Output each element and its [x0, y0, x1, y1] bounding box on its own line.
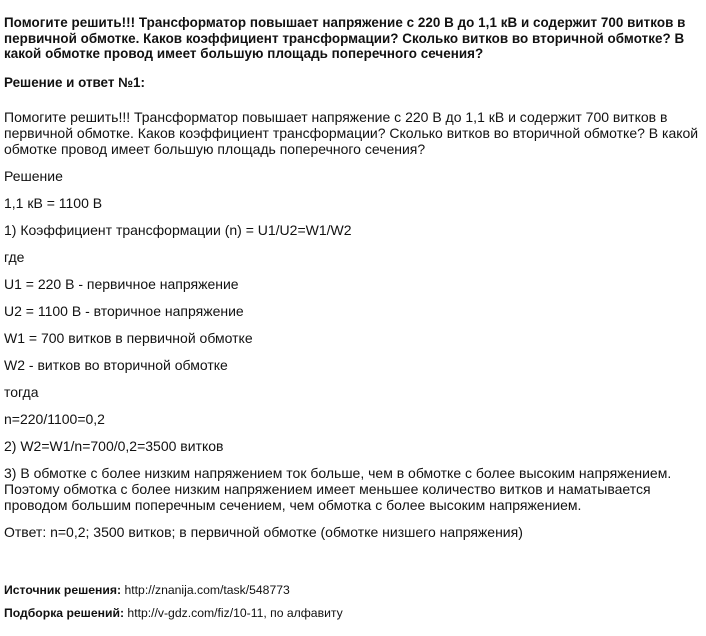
- solution-line: U1 = 220 В - первичное напряжение: [4, 276, 704, 292]
- solution-explanation: 3) В обмотке с более низким напряжением …: [4, 465, 704, 513]
- solution-line: 1,1 кВ = 1100 В: [4, 195, 704, 211]
- source-label: Источник решения:: [4, 583, 121, 597]
- solution-line: 2) W2=W1/n=700/0,2=3500 витков: [4, 438, 704, 454]
- solution-source: Источник решения: http://znanija.com/tas…: [4, 583, 290, 597]
- solution-line: W1 = 700 витков в первичной обмотке: [4, 330, 704, 346]
- source-value: http://znanija.com/task/548773: [124, 583, 289, 597]
- solution-line: тогда: [4, 384, 704, 400]
- solution-line: W2 - витков во вторичной обмотке: [4, 357, 704, 373]
- question-repeat: Помогите решить!!! Трансформатор повышае…: [4, 109, 704, 157]
- question-title: Помогите решить!!! Трансформатор повышае…: [4, 15, 704, 62]
- solution-collection: Подборка решений: http://v-gdz.com/fiz/1…: [4, 606, 343, 620]
- final-answer: Ответ: n=0,2; 3500 витков; в первичной о…: [4, 524, 704, 540]
- solution-line: 1) Коэффициент трансформации (n) = U1/U2…: [4, 222, 704, 238]
- solution-line: U2 = 1100 В - вторичное напряжение: [4, 303, 704, 319]
- collection-suffix: , по алфавиту: [263, 606, 342, 620]
- answer-heading: Решение и ответ №1:: [4, 75, 704, 91]
- collection-link[interactable]: http://v-gdz.com/fiz/10-11: [127, 606, 263, 620]
- solution-line: n=220/1100=0,2: [4, 411, 704, 427]
- solution-line: где: [4, 249, 704, 265]
- solution-label: Решение: [4, 168, 704, 184]
- page-content: Помогите решить!!! Трансформатор повышае…: [4, 15, 704, 540]
- collection-label: Подборка решений:: [4, 606, 124, 620]
